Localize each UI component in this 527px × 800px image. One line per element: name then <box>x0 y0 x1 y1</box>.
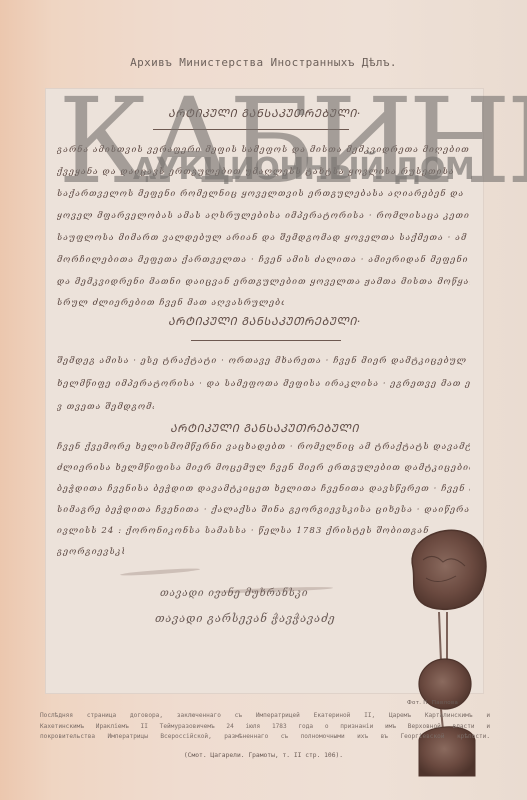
manuscript-heading-1: ᲐᲠᲢᲘᲙᲣᲚᲘ ᲒᲐᲜᲡᲐᲙᲣᲗᲠᲔᲑᲣᲚᲘ· <box>45 106 484 121</box>
figure-caption: Послѣдняя страница договора, заключеннаг… <box>40 711 490 743</box>
caption-line: Кахетинскимъ Ираклiемъ II Теймуразовичем… <box>40 722 490 733</box>
manuscript-line: ჩვენ ქვემორე ხელისმომწერნი ვაცხადებთ · რ… <box>57 442 470 452</box>
heading-rule-1 <box>153 129 349 130</box>
caption-line: Послѣдняя страница договора, заключеннаг… <box>40 711 490 722</box>
manuscript-line: საქართველოს მეფენი რომელნიც ყოველთვის ერ… <box>57 189 470 199</box>
manuscript-line: სიმაგრე ბეჭდითა ჩვენითა · ქალაქსა შინა გ… <box>57 505 470 515</box>
photo-credit: Фот. П. Павлова <box>407 700 458 706</box>
manuscript-line: ყოველ მფარველობას ამას აღსრულებისა იმპერ… <box>57 211 470 221</box>
manuscript-line: შემდეგ ამისა · ესე ტრაქტატი · ორთავე მხა… <box>57 356 470 366</box>
wax-seal-icon <box>401 520 491 790</box>
manuscript-line: ვ თვეთა შემდგომად : <box>57 402 154 412</box>
manuscript-line: ბეჭდითა ჩვენისა ბეჭდით დავამტკიცეთ ხელით… <box>57 484 470 494</box>
caption-line: покровительства Императрицы Всероссiйско… <box>40 732 490 743</box>
heading-rule-2 <box>191 340 341 341</box>
signature-2: თავადი გარსევან ჭავჭავაძე <box>155 612 335 625</box>
manuscript-line: ივლისს 24 : ქორონიკონსა სამასსა · წელსა … <box>57 526 434 536</box>
manuscript-heading-3: ᲐᲠᲢᲘᲙᲣᲚᲘ ᲒᲐᲜᲡᲐᲙᲣᲗᲠᲔᲑᲣᲚᲘ <box>45 421 484 436</box>
archive-header: Архивъ Министерства Иностранныхъ Дѣлъ. <box>0 56 527 69</box>
manuscript-line: მორჩილებითა მეფეთა ქართველთა · ჩვენ ამის… <box>57 255 470 265</box>
manuscript-line: ხელმწიფე იმპერატორისა · და სამეფოთა მეფი… <box>57 379 470 389</box>
manuscript-line: გარნა ამისთვის ვერაფერი მეფის სამეფოს და… <box>57 145 470 155</box>
manuscript-line: ძლიერისა ხელმწიფისა მიერ მოცემულ ჩვენ მი… <box>57 463 470 473</box>
manuscript-line: ქვეყანა და დაიცავს ერთგულებით უმაღლესს ტ… <box>57 167 470 177</box>
signature-1: თავადი ივანე მუხრანსკი <box>160 588 308 599</box>
manuscript-heading-2: ᲐᲠᲢᲘᲙᲣᲚᲘ ᲒᲐᲜᲡᲐᲙᲣᲗᲠᲔᲑᲣᲚᲘ· <box>45 314 484 329</box>
manuscript-line: სრულ ძლიერებით ჩვენ მათ აღვასრულებთ : <box>57 298 284 308</box>
manuscript-line: გეორგიევსკს : <box>57 547 124 557</box>
manuscript-line: საუფლოსა მიმართ ვალდებულ არიან და შემდგო… <box>57 233 470 243</box>
manuscript-line: და მემკვიდრენი მათნი დაიცვან ერთგულებით … <box>57 277 470 287</box>
faded-ink-stroke <box>120 567 200 577</box>
manuscript-plate: ᲐᲠᲢᲘᲙᲣᲚᲘ ᲒᲐᲜᲡᲐᲙᲣᲗᲠᲔᲑᲣᲚᲘ· გარნა ამისთვის … <box>45 88 484 694</box>
source-reference: (Смот. Цагарели. Грамоты, т. II стр. 106… <box>0 752 527 759</box>
